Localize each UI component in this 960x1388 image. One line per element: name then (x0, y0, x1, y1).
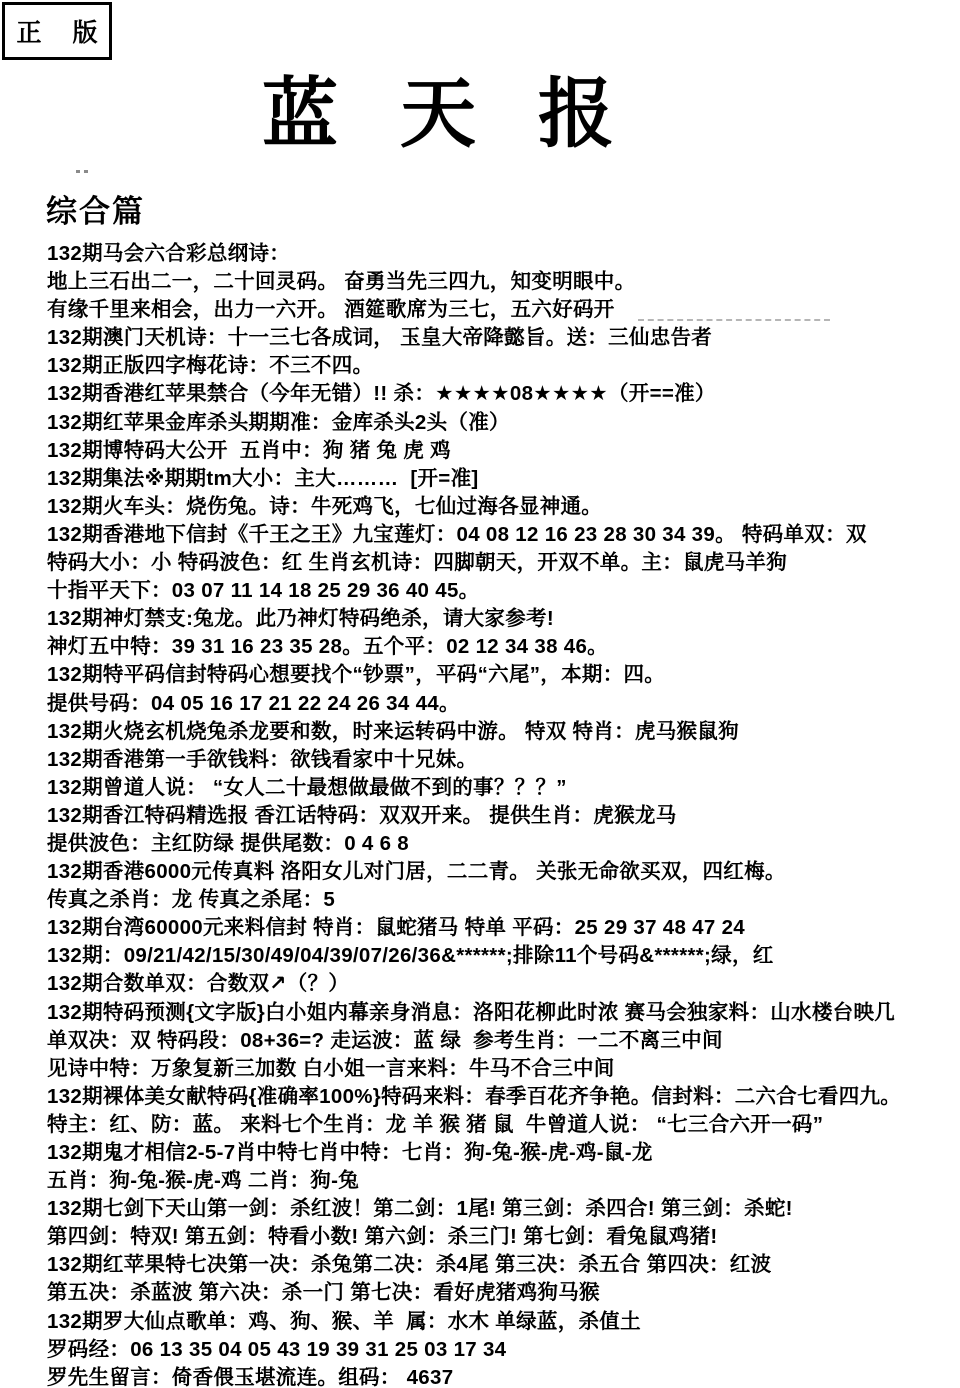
report-line: 提供波色：主红防绿 提供尾数：0 4 6 8 (47, 830, 960, 858)
ink-speck-artifact (76, 170, 88, 173)
report-line: 有缘千里来相会，出力一六开。 酒筵歌席为三七，五六好码开 (47, 296, 960, 324)
report-line: 提供号码：04 05 16 17 21 22 24 26 34 44。 (47, 690, 960, 718)
section-title: 综合篇 (46, 186, 145, 231)
report-line: 地上三石出二一，二十回灵码。 奋勇当先三四九，知变明眼中。 (47, 268, 960, 296)
report-line: 132期台湾60000元来料信封 特肖：鼠蛇猪马 特单 平码：25 29 37 … (47, 914, 960, 942)
report-line: 132期香港6000元传真料 洛阳女儿对门居，二二青。 关张无命欲买双，四红梅。 (47, 858, 960, 886)
report-line: 五肖：狗-兔-猴-虎-鸡 二肖：狗-兔 (47, 1167, 960, 1195)
report-line: 132期香港第一手欲钱料：欲钱看家中十兄妹。 (47, 746, 960, 774)
report-line: 132期特码预测{文字版}白小姐内幕亲身消息：洛阳花柳此时浓 赛马会独家料：山水… (47, 999, 960, 1027)
report-line: 132期：09/21/42/15/30/49/04/39/07/26/36&**… (47, 942, 960, 970)
report-line: 132期红苹果金库杀头期期准：金库杀头2头（准） (47, 409, 960, 437)
report-line: 132期裸体美女献特码{准确率100%}特码来料：春季百花齐争艳。信封料：二六合… (47, 1083, 960, 1111)
report-line: 132期马会六合彩总纲诗： (47, 240, 960, 268)
report-line: 神灯五中特：39 31 16 23 35 28。五个平：02 12 34 38 … (47, 633, 960, 661)
report-line: 132期集法※期期tm大小：主大……… [开=准] (47, 465, 960, 493)
page-title: 蓝天报 (262, 68, 676, 159)
report-line: 132期澳门天机诗：十一三七各成词， 玉皇大帝降懿旨。送：三仙忠告者 (47, 324, 960, 352)
report-line: 特码大小：小 特码波色：红 生肖玄机诗：四脚朝天，开双不单。主：鼠虎马羊狗 (47, 549, 960, 577)
report-line: 132期特平码信封特码心想要找个“钞票”，平码“六尾”，本期：四。 (47, 661, 960, 689)
report-line: 132期博特码大公开 五肖中：狗 猪 兔 虎 鸡 (47, 437, 960, 465)
report-line: 传真之杀肖：龙 传真之杀尾：5 (47, 886, 960, 914)
report-line: 罗先生留言：倚香偎玉堪流连。组码： 4637 (47, 1364, 960, 1388)
report-line: 132期香港地下信封《千王之王》九宝莲灯：04 08 12 16 23 28 3… (47, 521, 960, 549)
report-body: 132期马会六合彩总纲诗： 地上三石出二一，二十回灵码。 奋勇当先三四九，知变明… (47, 240, 960, 1388)
report-line: 132期火车头：烧伤兔。诗：牛死鸡飞，七仙过海各显神通。 (47, 493, 960, 521)
report-line: 罗码经：06 13 35 04 05 43 19 39 31 25 03 17 … (47, 1336, 960, 1364)
report-line: 132期罗大仙点歌单：鸡、狗、猴、羊 属：水木 单绿蓝，杀值土 (47, 1308, 960, 1336)
report-line: 132期红苹果特七决第一决：杀兔第二决：杀4尾 第三决：杀五合 第四决：红波 (47, 1251, 960, 1279)
report-line: 特主：红、防：蓝。 来料七个生肖：龙 羊 猴 猪 鼠 牛曾道人说： “七三合六开… (47, 1111, 960, 1139)
genuine-edition-badge: 正 版 (2, 2, 112, 60)
report-line: 见诗中特：万象复新三加数 白小姐一言来料：牛马不合三中间 (47, 1055, 960, 1083)
report-line: 第四剑：特双! 第五剑：特看小数! 第六剑：杀三门! 第七剑：看兔鼠鸡猪! (47, 1223, 960, 1251)
report-line: 132期香江特码精选报 香江话特码：双双开来。 提供生肖：虎猴龙马 (47, 802, 960, 830)
report-line: 132期神灯禁支:兔龙。此乃神灯特码绝杀，请大家参考! (47, 605, 960, 633)
report-line: 132期香港红苹果禁合（今年无错）!! 杀：★★★★08★★★★（开==准） (47, 380, 960, 408)
report-line: 132期曾道人说： “女人二十最想做最做不到的事？？？” (47, 774, 960, 802)
report-line: 132期鬼才相信2-5-7肖中特七肖中特：七肖：狗-兔-猴-虎-鸡-鼠-龙 (47, 1139, 960, 1167)
report-line: 单双决：双 特码段：08+36=? 走运波：蓝 绿 参考生肖：一二不离三中间 (47, 1027, 960, 1055)
report-line: 第五决：杀蓝波 第六决：杀一门 第七决：看好虎猪鸡狗马猴 (47, 1279, 960, 1307)
report-line: 132期正版四字梅花诗：不三不四。 (47, 352, 960, 380)
report-line: 132期合数单双：合数双↗（？） (47, 970, 960, 998)
report-line: 132期火烧玄机烧兔杀龙要和数，时来运转码中游。 特双 特肖：虎马猴鼠狗 (47, 718, 960, 746)
report-line: 132期七剑下天山第一剑：杀红波！第二剑：1尾! 第三剑：杀四合! 第三剑：杀蛇… (47, 1195, 960, 1223)
report-line: 十指平天下：03 07 11 14 18 25 29 36 40 45。 (47, 577, 960, 605)
